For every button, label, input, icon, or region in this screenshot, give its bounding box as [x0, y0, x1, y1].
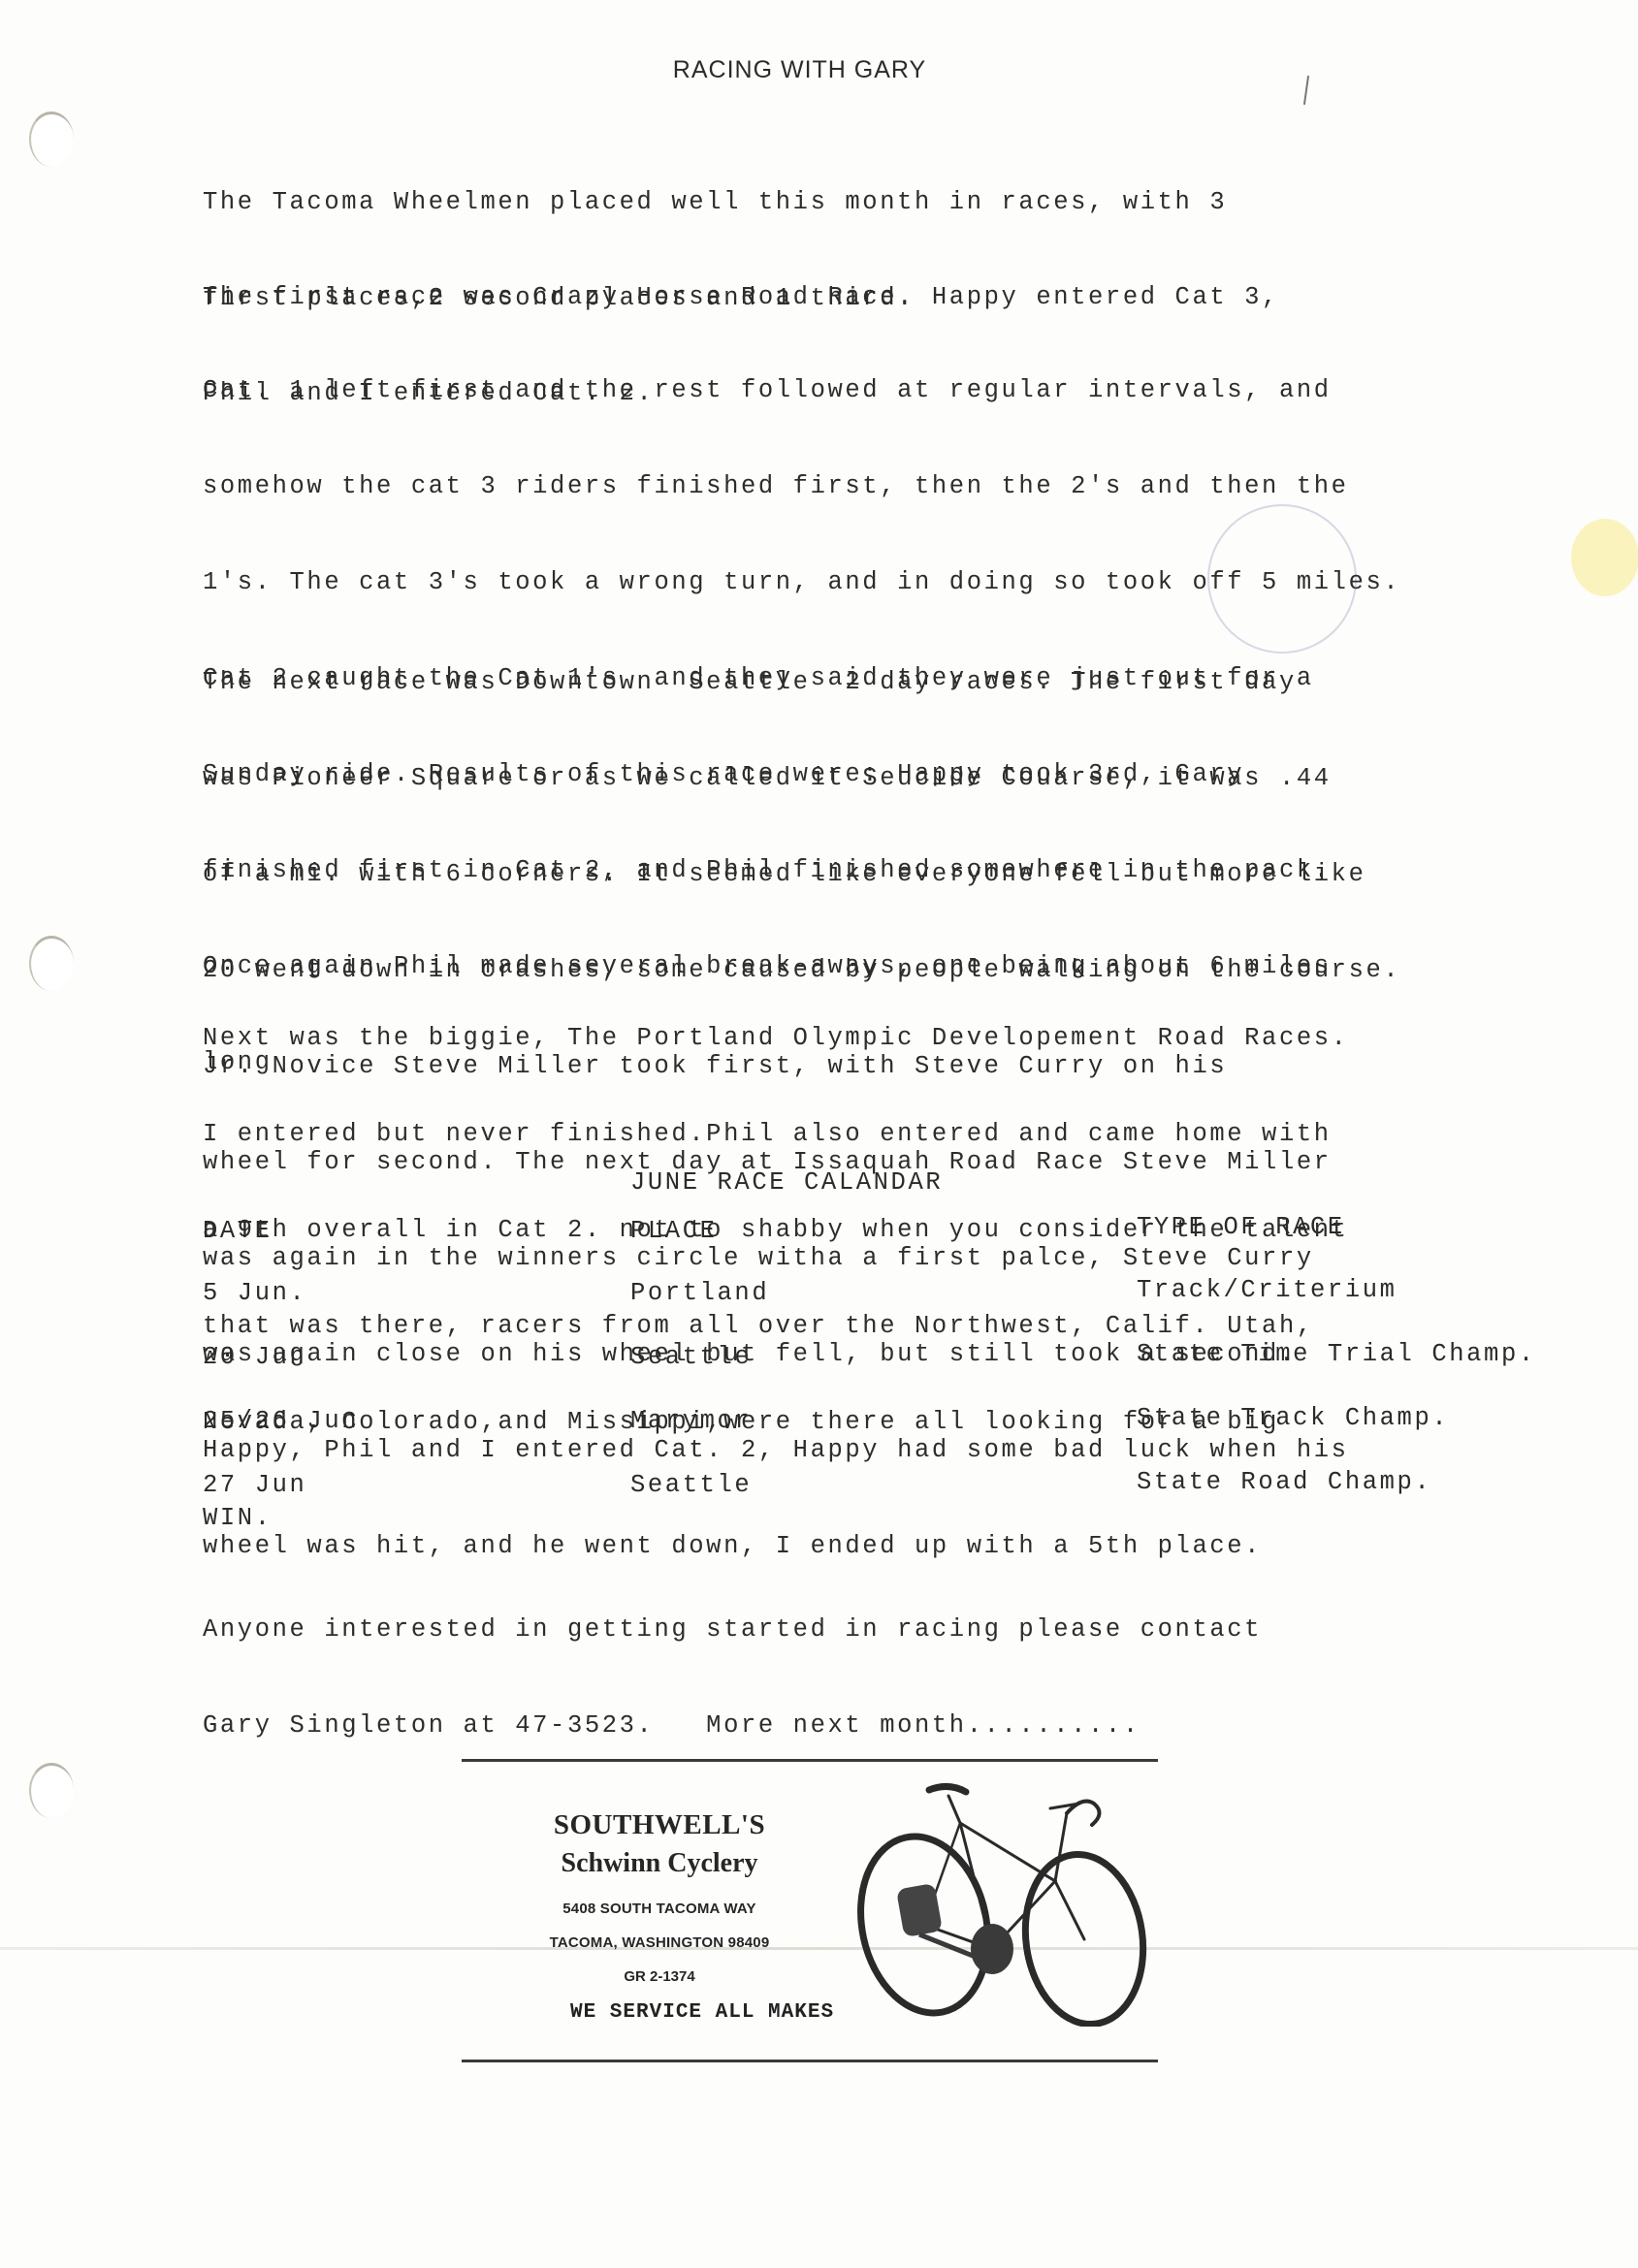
paragraph-closing: Anyone interested in getting started in …	[203, 1549, 1609, 1805]
ad-phone: GR 2-1374	[485, 1968, 834, 1985]
race-date: 27 Jun	[203, 1471, 306, 1499]
ad-shop-name: SOUTHWELL'S	[485, 1809, 834, 1841]
ad-top-rule	[462, 1759, 1158, 1762]
text-line: Anyone interested in getting started in …	[203, 1613, 1609, 1645]
race-place: Seattle	[630, 1343, 752, 1371]
race-place: Portland	[630, 1279, 769, 1307]
column-header-date: DATE	[203, 1217, 273, 1245]
text-line: was Pioneer Square or as we called it Se…	[203, 762, 1609, 794]
text-line: Next was the biggie, The Portland Olympi…	[203, 1022, 1609, 1054]
text-line: I entered but never finished.Phil also e…	[203, 1118, 1609, 1150]
race-type: State Track Champ.	[1137, 1404, 1449, 1432]
ad-slogan: WE SERVICE ALL MAKES	[570, 2001, 834, 2024]
race-type: State Road Champ.	[1137, 1468, 1431, 1496]
text-line: The Tacoma Wheelmen placed well this mon…	[203, 186, 1609, 218]
calendar-header-row: DATE PLACE TYPE OF RACE	[0, 1217, 1638, 1250]
text-line: WIN.	[203, 1502, 1609, 1534]
text-line: Cat. 1 left first and the rest followed …	[203, 374, 1609, 406]
calendar-row: 20 Jun Seattle State Time Trial Champ.	[0, 1343, 1638, 1376]
calendar-row: 27 Jun Seattle State Road Champ.	[0, 1471, 1638, 1504]
race-date: 5 Jun.	[203, 1279, 306, 1307]
text-line: Gary Singleton at 47-3523. More next mon…	[203, 1709, 1609, 1741]
text-line: that was there, racers from all over the…	[203, 1310, 1609, 1342]
calendar-row: 5 Jun. Portland Track/Criterium	[0, 1279, 1638, 1312]
text-line: The next race was Downtown Seattle 2 day…	[203, 666, 1609, 698]
race-type: State Time Trial Champ.	[1137, 1340, 1536, 1368]
calendar-title: JUNE RACE CALANDAR	[630, 1168, 943, 1197]
text-line: somehow the cat 3 riders finished first,…	[203, 470, 1609, 502]
punch-hole-middle	[29, 936, 74, 991]
ad-address-city: TACOMA, WASHINGTON 98409	[485, 1934, 834, 1951]
text-line: The first race was Crazy Horse Road Race…	[203, 281, 1609, 313]
punch-hole-top	[29, 112, 74, 167]
text-line: of a mi. with 6 corners. It seemed like …	[203, 858, 1609, 890]
race-place: Seattle	[630, 1471, 752, 1499]
punch-hole-bottom	[29, 1763, 74, 1818]
bicycle-icon	[851, 1774, 1162, 2027]
ad-shop-subtitle: Schwinn Cyclery	[485, 1848, 834, 1879]
column-header-place: PLACE	[630, 1217, 718, 1245]
column-header-type: TYPE OF RACE	[1137, 1213, 1345, 1241]
ad-address-street: 5408 SOUTH TACOMA WAY	[485, 1901, 834, 1917]
text-line: 1's. The cat 3's took a wrong turn, and …	[203, 566, 1609, 598]
calendar-row: 25/26 Jun Marymor State Track Champ.	[0, 1407, 1638, 1440]
race-type: Track/Criterium	[1137, 1276, 1397, 1304]
race-date: 20 Jun	[203, 1343, 306, 1371]
race-place: Marymor	[630, 1407, 752, 1435]
page-title: RACING WITH GARY	[0, 56, 1619, 84]
scanned-page: RACING WITH GARY The Tacoma Wheelmen pla…	[0, 0, 1638, 2268]
race-date: 25/26 Jun	[203, 1407, 359, 1435]
ad-bottom-rule	[462, 2060, 1158, 2062]
